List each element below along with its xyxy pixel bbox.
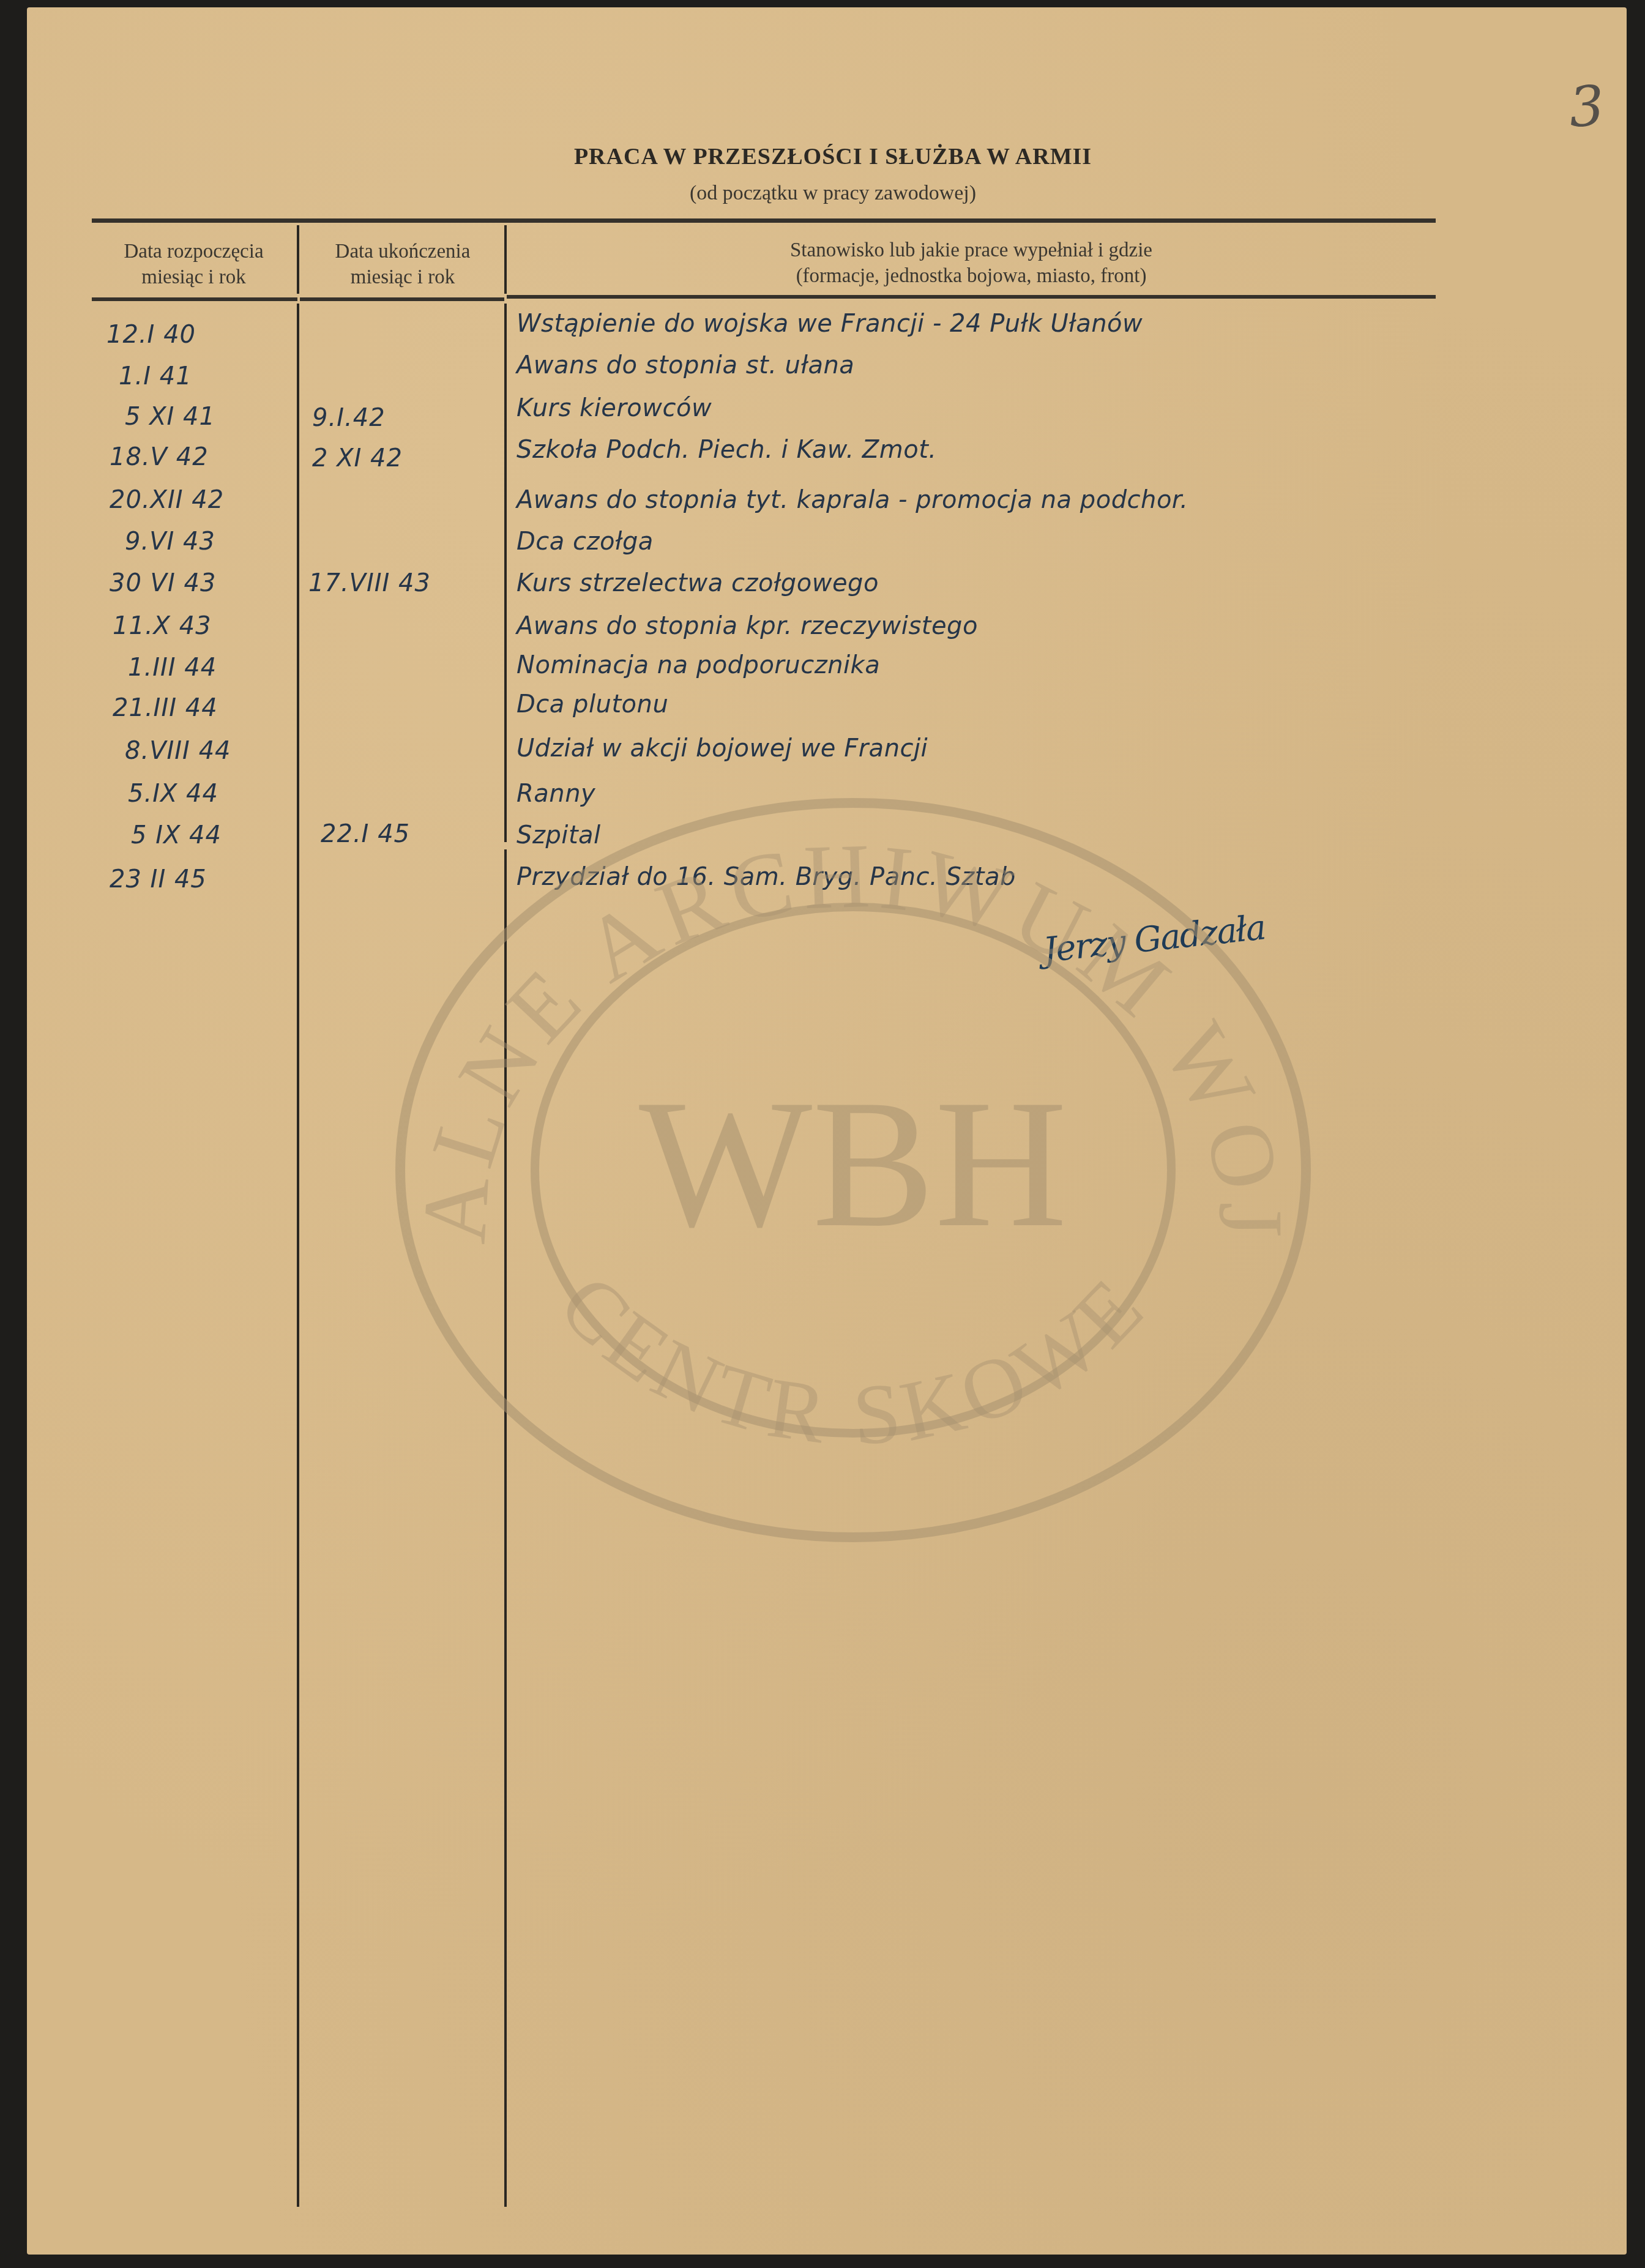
header-top-rule <box>92 218 1436 223</box>
page-subtitle: (od początku w pracy zawodowej) <box>27 182 1627 205</box>
row-1-start: 12.I 40 <box>106 321 196 349</box>
header-start-date-line1: Data rozpoczęcia <box>88 239 299 264</box>
row-7-end: 17.VIII 43 <box>308 569 431 597</box>
row-9-start: 1.III 44 <box>128 654 217 682</box>
row-2-description: Awans do stopnia st. ułana <box>517 351 854 379</box>
row-10-description: Dca plutonu <box>517 690 668 718</box>
header-description-line2: (formacje, jednostka bojowa, miasto, fro… <box>507 263 1436 289</box>
row-14-description: Przydział do 16. Sam. Bryg. Panc. Sztab <box>517 863 1016 891</box>
header-end-date: Data ukończenia miesiąc i rok <box>299 239 506 290</box>
row-7-start: 30 VI 43 <box>110 569 216 597</box>
page-number: 3 <box>1567 73 1606 140</box>
row-6-start: 9.VI 43 <box>125 528 215 556</box>
header-bottom-rule-col3 <box>507 295 1436 299</box>
row-11-start: 8.VIII 44 <box>125 737 231 765</box>
row-4-end: 2 XI 42 <box>312 444 403 472</box>
row-11-description: Udział w akcji bojowej we Francji <box>517 734 928 763</box>
header-end-date-line2: miesiąc i rok <box>299 264 506 290</box>
column-divider-2-upper <box>504 304 507 842</box>
svg-text:WBH: WBH <box>639 1062 1067 1265</box>
svg-text:CENTR SKOWE: CENTR SKOWE <box>541 1256 1165 1463</box>
row-4-description: Szkoła Podch. Piech. i Kaw. Zmot. <box>517 436 937 464</box>
header-description: Stanowisko lub jakie prace wypełniał i g… <box>507 237 1436 289</box>
archive-stamp: WBH ALNE ARCHIWUM WOJ CENTR SKOWE <box>388 797 1318 1543</box>
row-3-description: Kurs kierowców <box>517 394 712 422</box>
row-7-description: Kurs strzelectwa czołgowego <box>517 569 879 597</box>
row-13-start: 5 IX 44 <box>131 821 222 849</box>
row-5-description: Awans do stopnia tyt. kaprala - promocja… <box>517 486 1188 514</box>
row-3-end: 9.I.42 <box>312 404 386 432</box>
row-10-start: 21.III 44 <box>113 694 218 722</box>
row-5-start: 20.XII 42 <box>110 486 224 514</box>
header-description-line1: Stanowisko lub jakie prace wypełniał i g… <box>507 237 1436 263</box>
row-12-start: 5.IX 44 <box>128 780 218 808</box>
column-divider-2-lower <box>504 849 507 2207</box>
row-8-description: Awans do stopnia kpr. rzeczywistego <box>517 612 978 640</box>
row-13-description: Szpital <box>517 821 601 849</box>
row-4-start: 18.V 42 <box>110 443 209 471</box>
header-end-date-line1: Data ukończenia <box>299 239 506 264</box>
column-divider-1 <box>297 304 299 2207</box>
row-2-start: 1.I 41 <box>119 362 192 390</box>
row-8-start: 11.X 43 <box>113 612 212 640</box>
row-14-start: 23 II 45 <box>110 865 207 893</box>
row-6-description: Dca czołga <box>517 528 654 556</box>
header-start-date-line2: miesiąc i rok <box>88 264 299 290</box>
header-bottom-rule-col1 <box>92 297 297 301</box>
signature: Jerzy Gadzała <box>1042 908 1267 971</box>
header-start-date: Data rozpoczęcia miesiąc i rok <box>88 239 299 290</box>
row-12-description: Ranny <box>517 780 595 808</box>
header-bottom-rule-col2 <box>300 297 504 301</box>
row-13-end: 22.I 45 <box>321 820 410 848</box>
document-page: 3 PRACA W PRZESZŁOŚCI I SŁUŻBA W ARMII (… <box>27 7 1627 2255</box>
page-title: PRACA W PRZESZŁOŚCI I SŁUŻBA W ARMII <box>27 143 1627 170</box>
row-1-description: Wstąpienie do wojska we Francji - 24 Puł… <box>517 310 1143 338</box>
row-3-start: 5 XI 41 <box>125 403 215 431</box>
row-9-description: Nominacja na podporucznika <box>517 651 880 679</box>
